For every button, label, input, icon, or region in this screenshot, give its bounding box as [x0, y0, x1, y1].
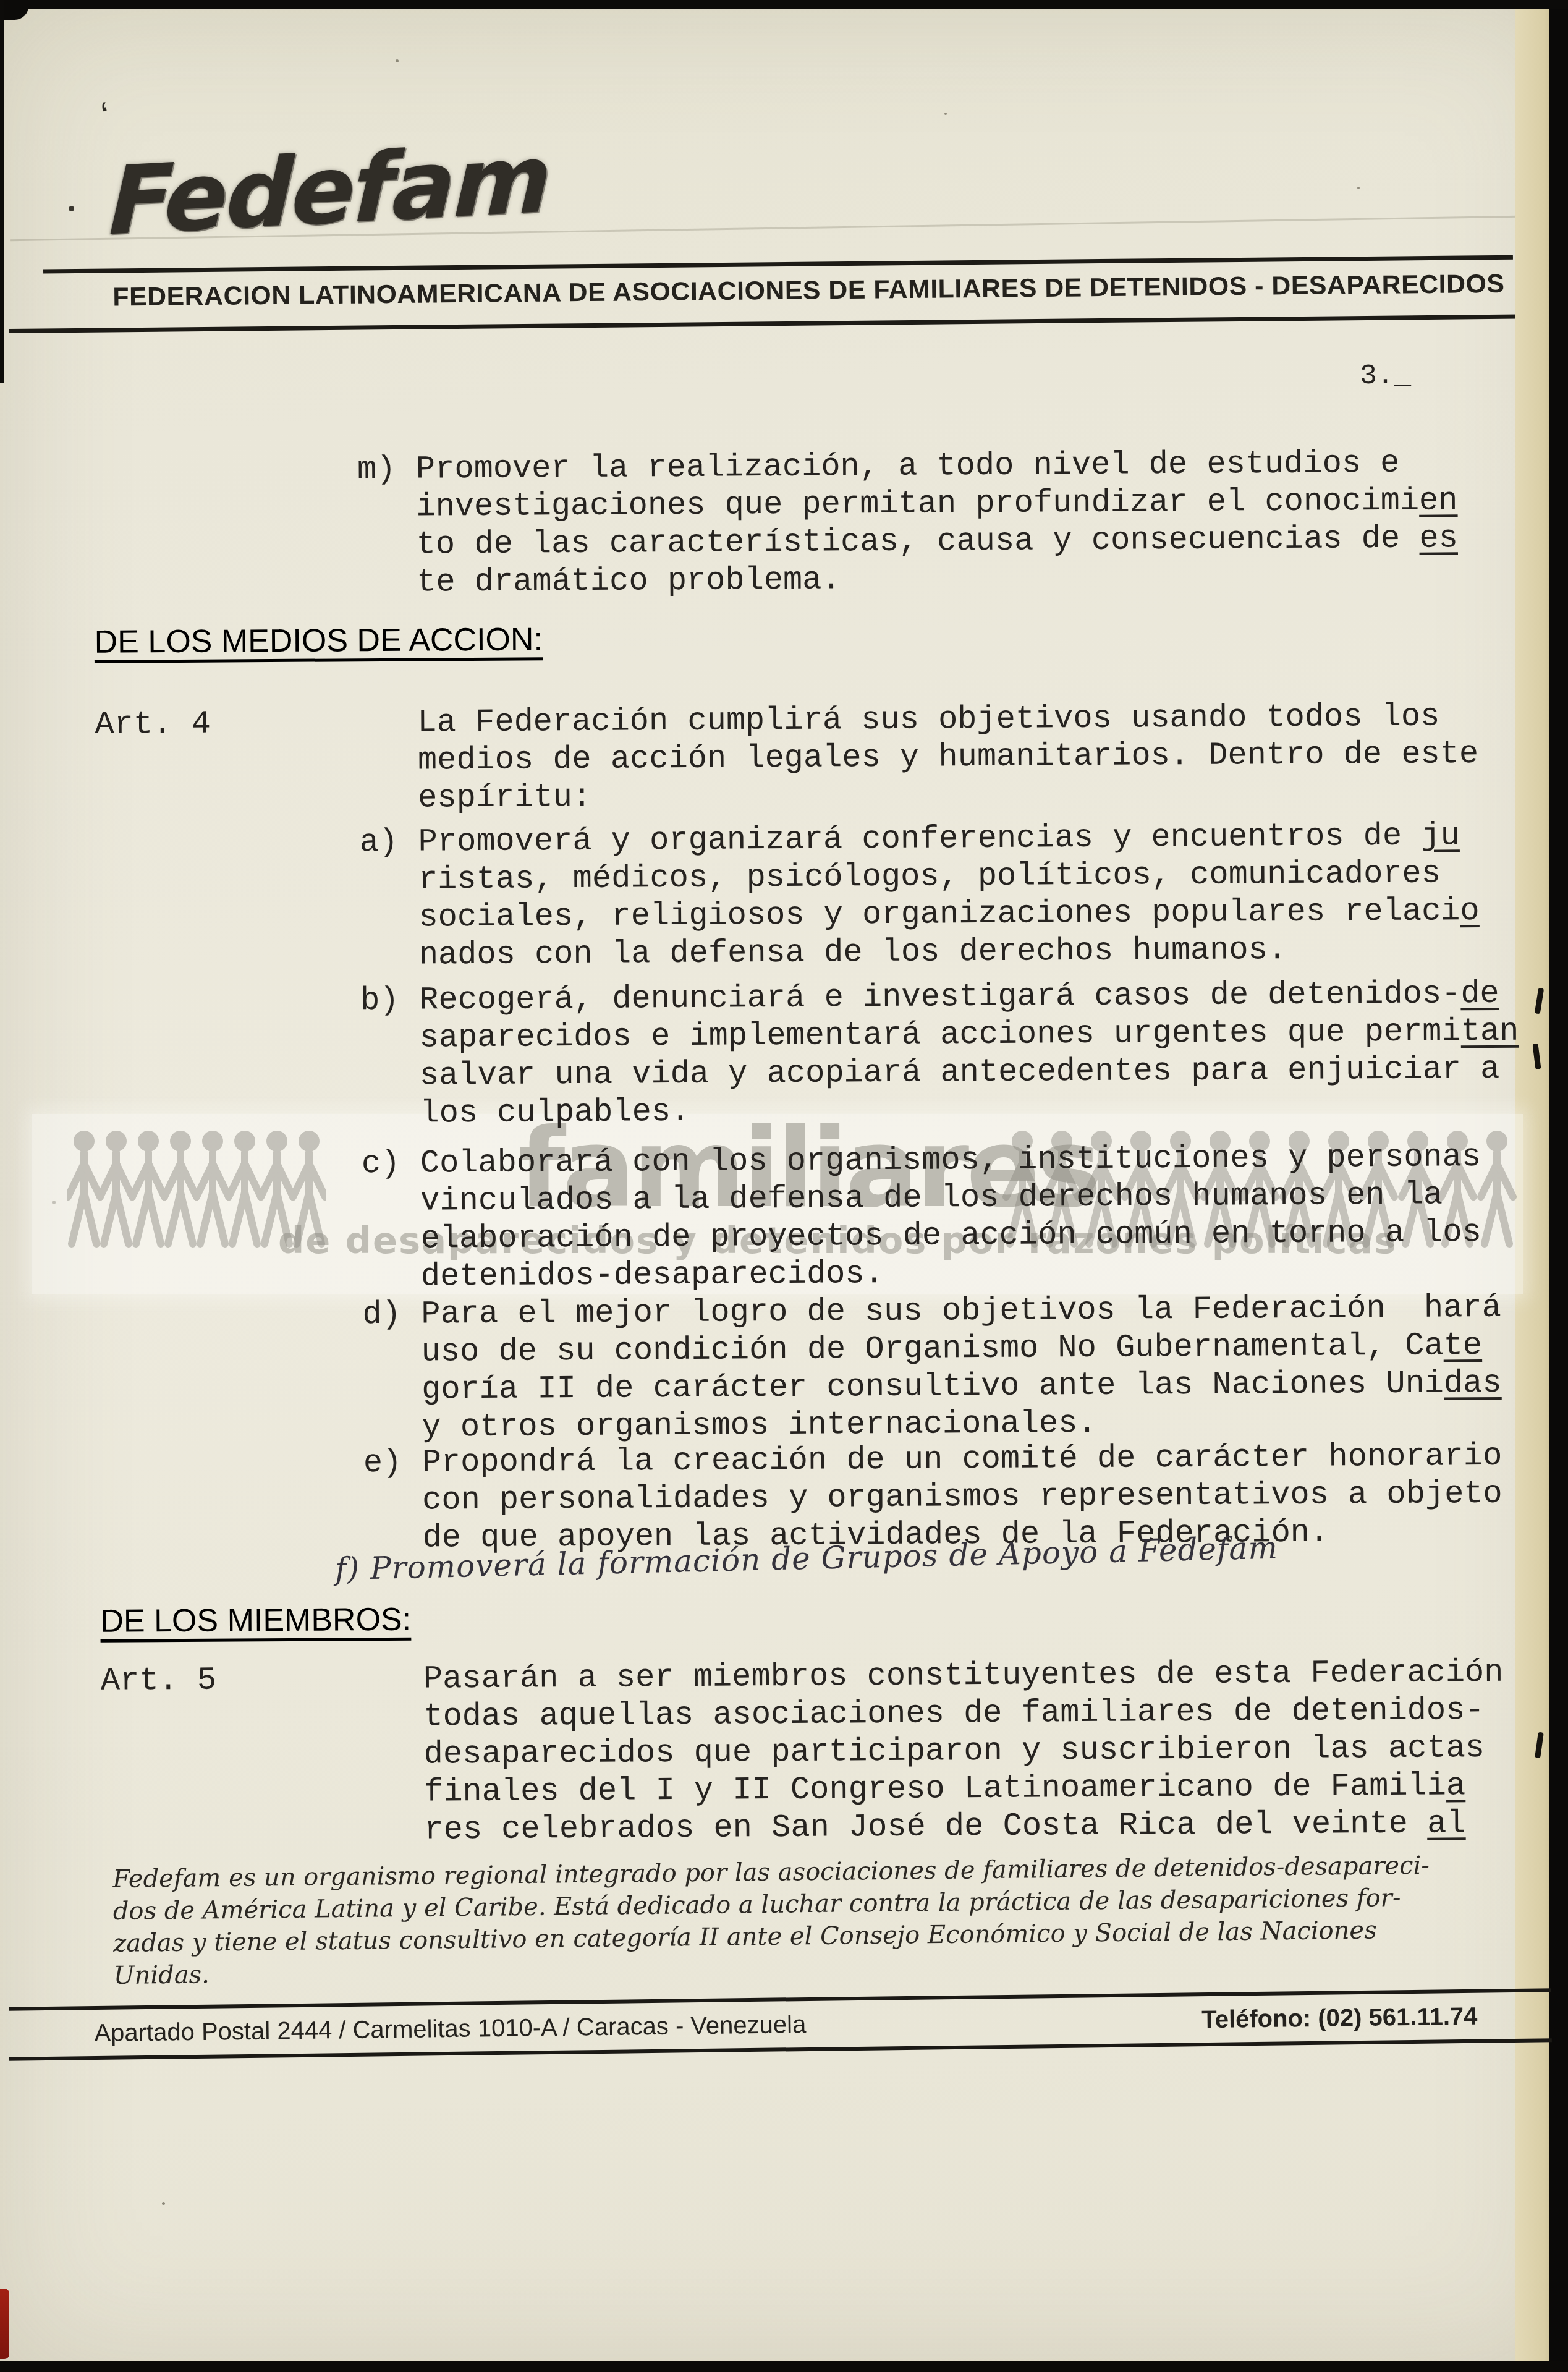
- text-line: finales del I y II Congreso Latinoameric…: [424, 1767, 1504, 1811]
- text-line: medios de acción legales y humanitarios.…: [418, 735, 1479, 779]
- list-item-m: m) Promover la realización, a todo nivel…: [357, 444, 1459, 602]
- scanned-document-page: familiares de desaparecidos y detenidos …: [0, 0, 1568, 2372]
- text-line: todas aquellas asociaciones de familiare…: [423, 1691, 1504, 1736]
- text-line: Pasarán a ser miembros constituyentes de…: [423, 1654, 1504, 1698]
- text-line: res celebrados en San José de Costa Rica…: [424, 1805, 1504, 1849]
- list-item-body: Para el mejor logro de sus objetivos la …: [421, 1289, 1502, 1447]
- list-item-d: d) Para el mejor logro de sus objetivos …: [362, 1289, 1502, 1447]
- text-line: sociales, religiosos y organizaciones po…: [418, 892, 1480, 936]
- list-item-body: Promoverá y organizará conferencias y en…: [418, 817, 1480, 974]
- list-item-label: b): [360, 982, 420, 1133]
- list-item-label: d): [362, 1296, 422, 1447]
- text-line: salvar una vida y acopiará antecedentes …: [420, 1050, 1519, 1095]
- section-heading-medios: DE LOS MEDIOS DE ACCION:: [95, 621, 543, 660]
- text-line: Propondrá la creación de un comité de ca…: [422, 1437, 1502, 1482]
- footer-about-paragraph: Fedefam es un organismo regional integra…: [112, 1850, 1431, 1992]
- text-line: los culpables.: [420, 1088, 1519, 1133]
- text-line: Promover la realización, a todo nivel de…: [416, 444, 1457, 488]
- footer-address: Apartado Postal 2444 / Carmelitas 1010-A…: [94, 2011, 806, 2047]
- list-item-b: b) Recogerá, denunciará e investigará ca…: [360, 975, 1519, 1133]
- article-label: Art. 5: [101, 1660, 425, 1851]
- text-line: vinculados a la defensa de los derechos …: [420, 1176, 1481, 1220]
- article-body: Pasarán a ser miembros constituyentes de…: [423, 1654, 1504, 1849]
- list-item-label: e): [363, 1444, 423, 1558]
- text-line: espíritu:: [418, 773, 1479, 817]
- text-line: Promoverá y organizará conferencias y en…: [418, 817, 1480, 861]
- text-line: con personalidades y organismos represen…: [422, 1475, 1502, 1520]
- text-line: desaparecidos que participaron y suscrib…: [424, 1729, 1504, 1774]
- list-item-body: Recogerá, denunciará e investigará casos…: [419, 975, 1519, 1133]
- text-line: Recogerá, denunciará e investigará casos…: [419, 975, 1519, 1019]
- text-line: investigaciones que permitan profundizar…: [416, 482, 1457, 525]
- list-item-body: Promover la realización, a todo nivel de…: [416, 444, 1459, 601]
- list-item-a: a) Promoverá y organizará conferencias y…: [360, 817, 1480, 974]
- article-4: Art. 4 La Federación cumplirá sus objeti…: [95, 697, 1478, 819]
- text-line: Colaborará con los organismos, instituci…: [420, 1138, 1481, 1182]
- list-item-body: Colaborará con los organismos, instituci…: [420, 1138, 1482, 1295]
- text-line: nados con la defensa de los derechos hum…: [419, 930, 1480, 974]
- text-line: La Federación cumplirá sus objetivos usa…: [417, 697, 1478, 741]
- text-line: to de las características, causa y conse…: [417, 519, 1458, 563]
- text-line: ristas, médicos, psicólogos, políticos, …: [418, 854, 1480, 898]
- text-line: goría II de carácter consultivo ante las…: [422, 1364, 1502, 1409]
- text-line: Para el mejor logro de sus objetivos la …: [421, 1289, 1501, 1333]
- text-line: saparecidos e implementará acciones urge…: [419, 1013, 1519, 1057]
- list-item-c: c) Colaborará con los organismos, instit…: [362, 1138, 1482, 1296]
- list-item-label: a): [360, 823, 419, 975]
- text-line: uso de su condición de Organismo No Gube…: [422, 1327, 1502, 1371]
- article-5: Art. 5 Pasarán a ser miembros constituye…: [101, 1654, 1504, 1851]
- article-body: La Federación cumplirá sus objetivos usa…: [417, 697, 1478, 817]
- list-item-label: c): [362, 1145, 421, 1296]
- footer-phone: Teléfono: (02) 561.11.74: [1201, 2003, 1478, 2034]
- section-heading-miembros: DE LOS MIEMBROS:: [100, 1601, 411, 1640]
- article-label: Art. 4: [95, 704, 418, 819]
- text-line: te dramático problema.: [417, 557, 1458, 601]
- list-item-label: m): [357, 451, 417, 602]
- page-number: 3._: [1360, 360, 1411, 393]
- text-line: detenidos-desaparecidos.: [421, 1251, 1482, 1295]
- text-line: elaboración de proyectos de acción común…: [420, 1214, 1481, 1257]
